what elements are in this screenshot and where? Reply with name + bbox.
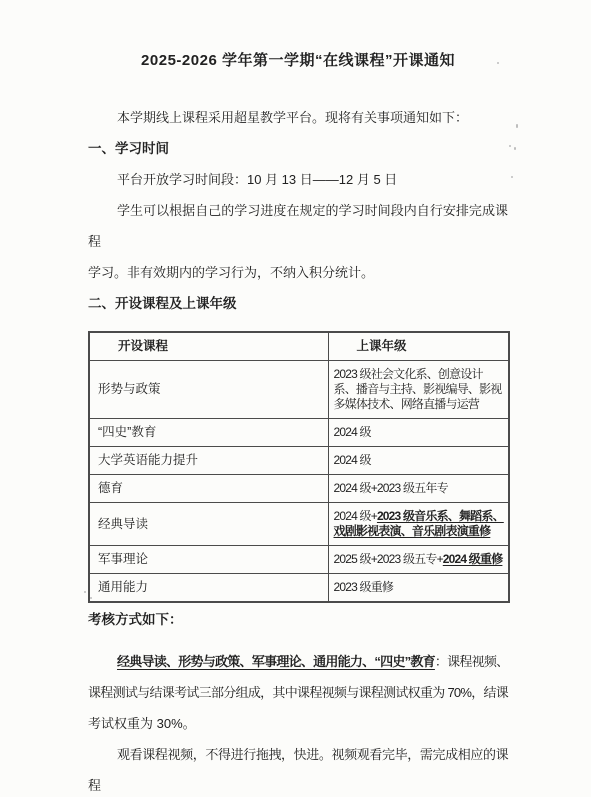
scan-artifact [514,147,516,150]
section-heading-courses: 二、开设课程及上课年级 [88,288,508,319]
courses-table: 开设课程 上课年级 形势与政策2023 级社会文化系、创意设计系、播音与主持、影… [88,331,510,603]
video-rule-paragraph: 观看课程视频，不得进行拖拽，快进。视频观看完毕，需完成相应的课程 [88,739,508,797]
table-row: 形势与政策2023 级社会文化系、创意设计系、播音与主持、影视编导、影视多媒体技… [89,361,509,419]
scanned-document-page: 2025-2026 学年第一学期“在线课程”开课通知 本学期线上课程采用超星教学… [0,0,591,797]
course-name-cell: 形势与政策 [89,361,328,419]
course-name-cell: 通用能力 [89,574,328,603]
assessment-line-1: 经典导读、形势与政策、军事理论、通用能力、“四史”教育：课程视频、 [88,646,508,677]
grade-segment: 2025 级+2023 级五专+ [334,552,443,566]
table-row: 军事理论2025 级+2023 级五专+2024 级重修 [89,546,509,574]
intro-paragraph: 本学期线上课程采用超星教学平台。现将有关事项通知如下： [88,102,508,133]
assessment-heading: 考核方式如下： [88,608,508,632]
grade-cell: 2024 级 [328,419,509,447]
assessment-emphasis: 经典导读、形势与政策、军事理论、通用能力、“四史”教育 [117,654,435,669]
scan-artifact [90,597,92,599]
grade-cell: 2023 级社会文化系、创意设计系、播音与主持、影视编导、影视多媒体技术、网络直… [328,361,509,419]
grade-segment: 2024 级+2023 级五年专 [334,481,448,495]
grade-cell: 2025 级+2023 级五专+2024 级重修 [328,546,509,574]
scan-artifact [516,124,518,128]
course-name-cell: 军事理论 [89,546,328,574]
table-row: 德育2024 级+2023 级五年专 [89,475,509,503]
assessment-line-3: 考试权重为 30%。 [88,708,508,739]
table-header-row: 开设课程 上课年级 [89,332,509,361]
grade-cell: 2023 级重修 [328,574,509,603]
grade-segment-underlined: 2024 级重修 [443,552,503,566]
grade-segment: 2024 级+ [334,509,377,523]
scan-artifact [509,145,511,147]
grade-segment: 2024 级 [334,453,371,467]
page-title: 2025-2026 学年第一学期“在线课程”开课通知 [88,50,508,72]
platform-period-line: 平台开放学习时间段：10 月 13 日——12 月 5 日 [88,164,508,195]
grade-segment: 2023 级重修 [334,580,394,594]
grade-cell: 2024 级 [328,447,509,475]
grade-segment: 2023 级社会文化系、创意设计系、播音与主持、影视编导、影视多媒体技术、网络直… [334,367,502,411]
table-row: 经典导读2024 级+2023 级音乐系、舞蹈系、戏剧影视表演、音乐剧表演重修 [89,503,509,546]
course-name-cell: 大学英语能力提升 [89,447,328,475]
section-heading-study-time: 一、学习时间 [88,133,508,164]
course-name-cell: 经典导读 [89,503,328,546]
grade-cell: 2024 级+2023 级音乐系、舞蹈系、戏剧影视表演、音乐剧表演重修 [328,503,509,546]
column-header-course: 开设课程 [89,332,328,361]
table-row: 通用能力2023 级重修 [89,574,509,603]
study-note-line-1: 学生可以根据自己的学习进度在规定的学习时间段内自行安排完成课程 [88,195,508,257]
scan-artifact [84,591,86,593]
column-header-grade: 上课年级 [328,332,509,361]
course-name-cell: “四史”教育 [89,419,328,447]
scan-artifact [511,176,513,178]
study-note-line-2: 学习。非有效期内的学习行为，不纳入积分统计。 [88,257,508,288]
scan-artifact [497,62,499,64]
grade-cell: 2024 级+2023 级五年专 [328,475,509,503]
assessment-line-2: 课程测试与结课考试三部分组成，其中课程视频与课程测试权重为 70%，结课 [88,677,508,708]
table-row: “四史”教育2024 级 [89,419,509,447]
grade-segment: 2024 级 [334,425,371,439]
courses-table-body: 形势与政策2023 级社会文化系、创意设计系、播音与主持、影视编导、影视多媒体技… [89,361,509,603]
table-row: 大学英语能力提升2024 级 [89,447,509,475]
course-name-cell: 德育 [89,475,328,503]
assessment-line-1-rest: ：课程视频、 [435,654,508,669]
